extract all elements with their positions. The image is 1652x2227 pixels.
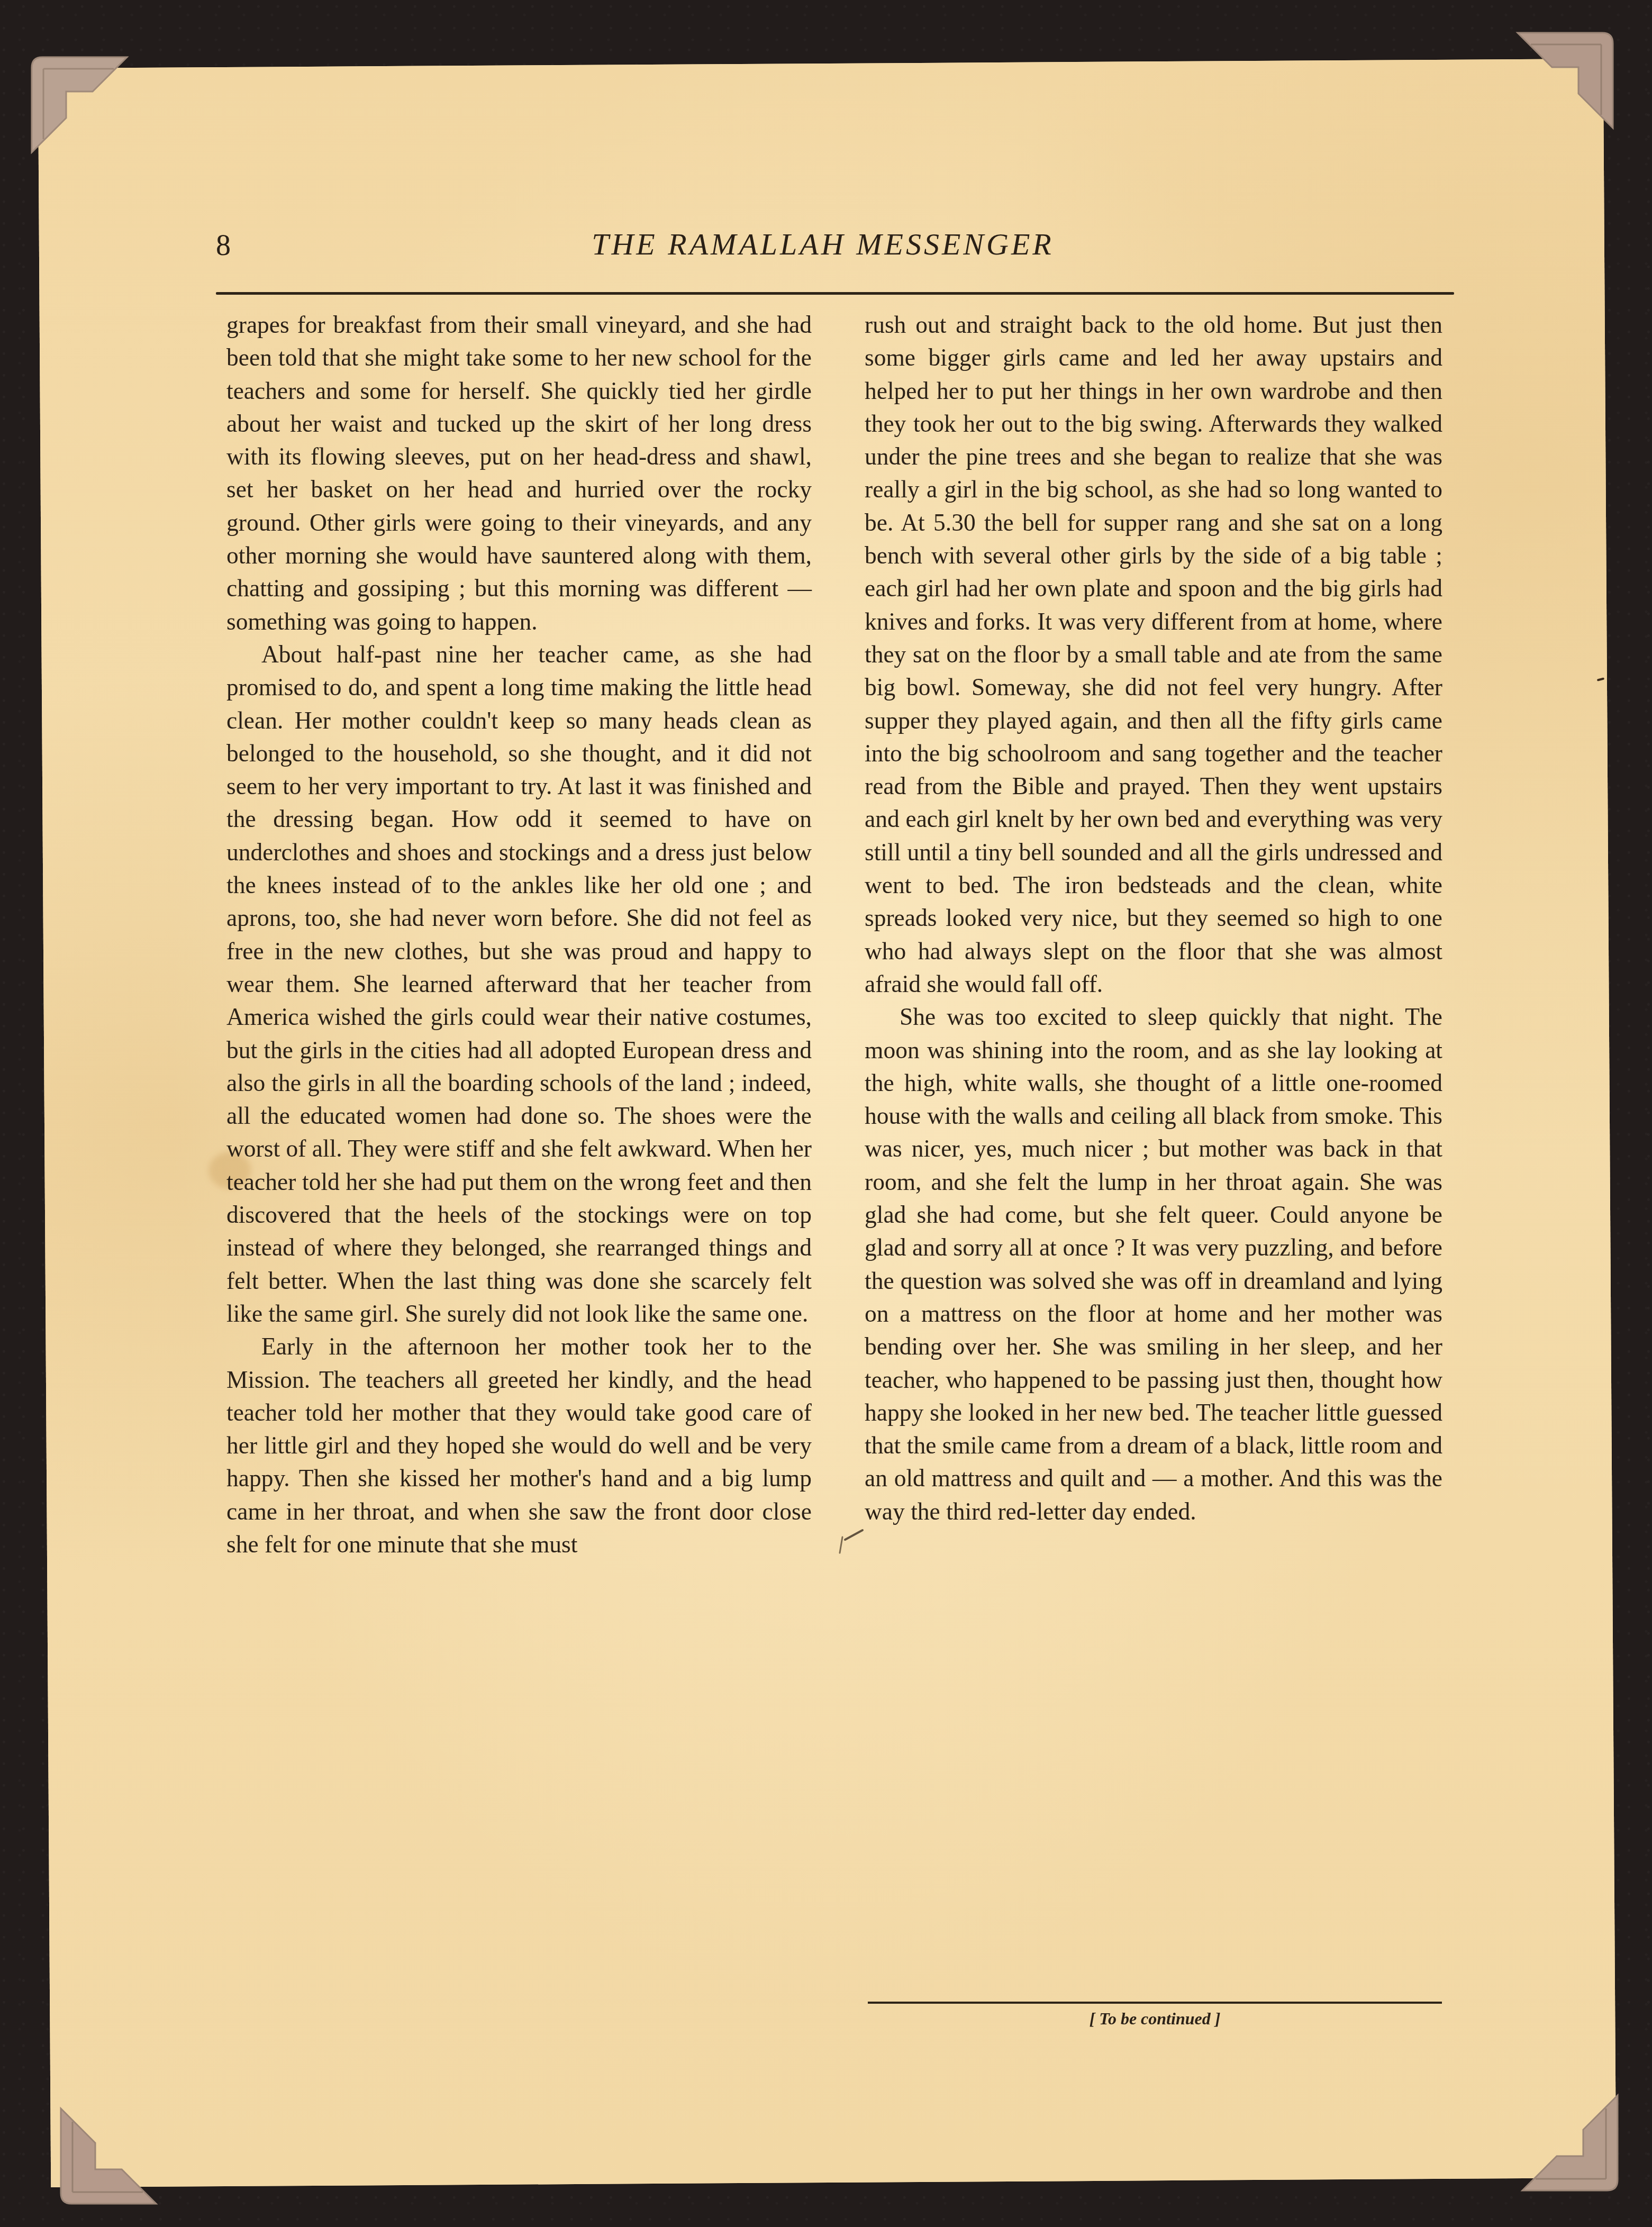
paragraph: grapes for breakfast from their small vi… xyxy=(226,308,812,638)
paragraph: About half-past nine her teacher came, a… xyxy=(226,638,812,1330)
paragraph: rush out and straight back to the old ho… xyxy=(865,308,1442,1001)
page-number: 8 xyxy=(216,229,231,262)
photo-corner-mount-icon xyxy=(1507,28,1618,139)
photo-corner-mount-icon xyxy=(26,52,138,163)
photo-corner-mount-icon xyxy=(56,2098,167,2209)
header-divider xyxy=(216,292,1454,295)
to-be-continued-note: [ To be continued ] xyxy=(868,2009,1442,2029)
left-column: grapes for breakfast from their small vi… xyxy=(226,308,812,1561)
photo-corner-mount-icon xyxy=(1512,2085,1623,2196)
publication-title: THE RAMALLAH MESSENGER xyxy=(558,226,1087,262)
footer-divider xyxy=(868,2002,1442,2004)
paragraph: Early in the afternoon her mother took h… xyxy=(226,1330,812,1561)
paragraph: She was too excited to sleep quickly tha… xyxy=(865,1001,1442,1528)
right-column: rush out and straight back to the old ho… xyxy=(865,308,1442,1528)
pencil-mark-icon xyxy=(833,1524,865,1556)
